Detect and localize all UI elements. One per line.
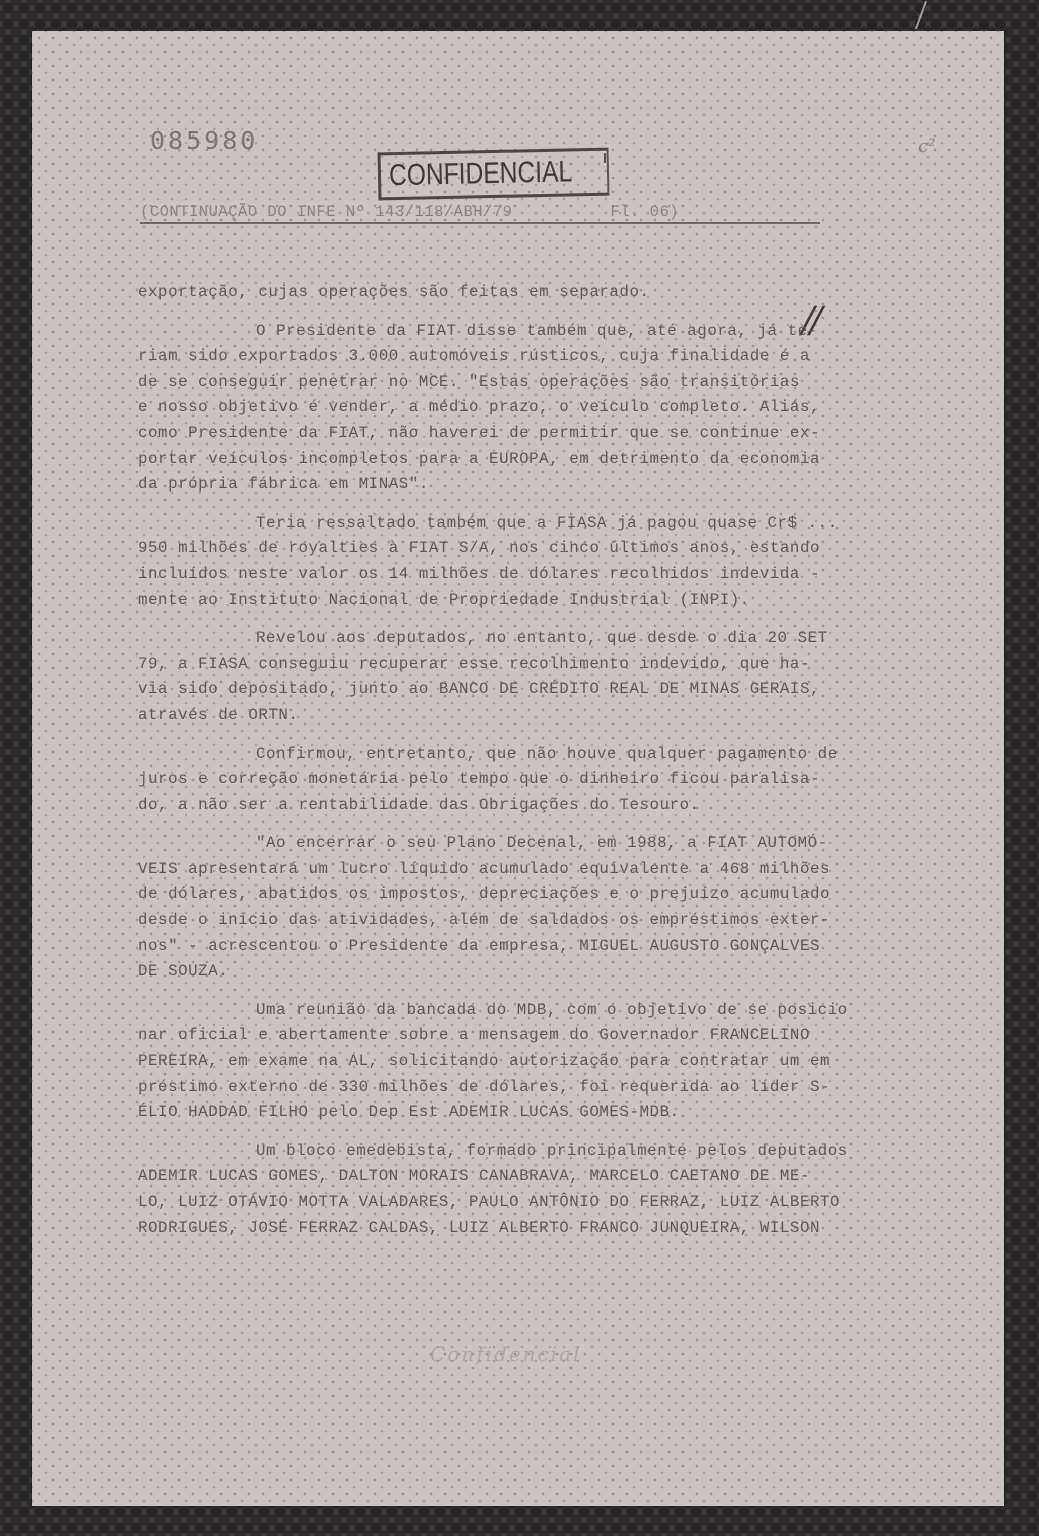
text-line: préstimo externo de 330 milhões de dólar… — [138, 1075, 938, 1101]
text-line: Um bloco emedebista, formado principalme… — [138, 1139, 938, 1165]
text-line: da própria fábrica em MINAS". — [138, 472, 938, 498]
text-line: Revelou aos deputados, no entanto, que d… — [138, 626, 938, 652]
text-line: O Presidente da FIAT disse também que, a… — [138, 319, 938, 345]
document-number: 085980 — [150, 126, 258, 155]
text-line: Teria ressaltado também que a FIASA já p… — [138, 511, 938, 537]
corner-mark: c² — [918, 136, 935, 157]
stamp-tick-mark — [604, 153, 606, 163]
text-line: 79, a FIASA conseguiu recuperar esse rec… — [138, 652, 938, 678]
text-line: ADEMIR LUCAS GOMES, DALTON MORAIS CANABR… — [138, 1164, 938, 1190]
text-line: como Presidente da FIAT, não haverei de … — [138, 421, 938, 447]
text-line: LO, LUIZ OTÁVIO MOTTA VALADARES, PAULO A… — [138, 1190, 938, 1216]
text-line: do, a não ser a rentabilidade das Obriga… — [138, 793, 938, 819]
text-line: 950 milhões de royalties à FIAT S/A, nos… — [138, 536, 938, 562]
continuation-header: (CONTINUAÇÃO DO INFE Nº 143/118/ABH/79 F… — [140, 203, 820, 224]
confidential-stamp: CONFIDENCIAL — [378, 148, 610, 201]
text-line: nos" - acrescentou o Presidente da empre… — [138, 934, 938, 960]
text-line: mente ao Instituto Nacional de Proprieda… — [138, 588, 938, 614]
text-line: RODRIGUES, JOSÉ FERRAZ CALDAS, LUIZ ALBE… — [138, 1216, 938, 1242]
text-line: portar veículos incompletos para a EUROP… — [138, 447, 938, 473]
document-body: exportação, cujas operações são feitas e… — [138, 280, 938, 1241]
text-line: de dólares, abatidos os impostos, deprec… — [138, 882, 938, 908]
text-line: exportação, cujas operações são feitas e… — [138, 280, 938, 306]
text-line: "Ao encerrar o seu Plano Decenal, em 198… — [138, 831, 938, 857]
text-line: DE SOUZA. — [138, 959, 938, 985]
text-line: de se conseguir penetrar no MCE. "Estas … — [138, 370, 938, 396]
text-line: via sido depositado, junto ao BANCO DE C… — [138, 677, 938, 703]
text-line: e nosso objetivo é vender, a médio prazo… — [138, 395, 938, 421]
footer-signature: Confidencial — [430, 1342, 581, 1366]
text-line: nar oficial e abertamente sobre a mensag… — [138, 1023, 938, 1049]
text-line: através de ORTN. — [138, 703, 938, 729]
text-line: ÉLIO HADDAD FILHO pelo Dep Est ADEMIR LU… — [138, 1100, 938, 1126]
text-line: incluídos neste valor os 14 milhões de d… — [138, 562, 938, 588]
text-line: PEREIRA, em exame na AL, solicitando aut… — [138, 1049, 938, 1075]
stamp-text: CONFIDENCIAL — [389, 156, 562, 194]
text-line: riam sido exportados 3.000 automóveis rú… — [138, 344, 938, 370]
text-line: juros e correção monetária pelo tempo qu… — [138, 767, 938, 793]
scan-artifact — [915, 1, 927, 30]
text-line: Confirmou, entretanto, que não houve qua… — [138, 742, 938, 768]
text-line: desde o início das atividades, além de s… — [138, 908, 938, 934]
text-line: VEIS apresentará um lucro líquido acumul… — [138, 857, 938, 883]
text-line: Uma reunião da bancada do MDB, com o obj… — [138, 998, 938, 1024]
